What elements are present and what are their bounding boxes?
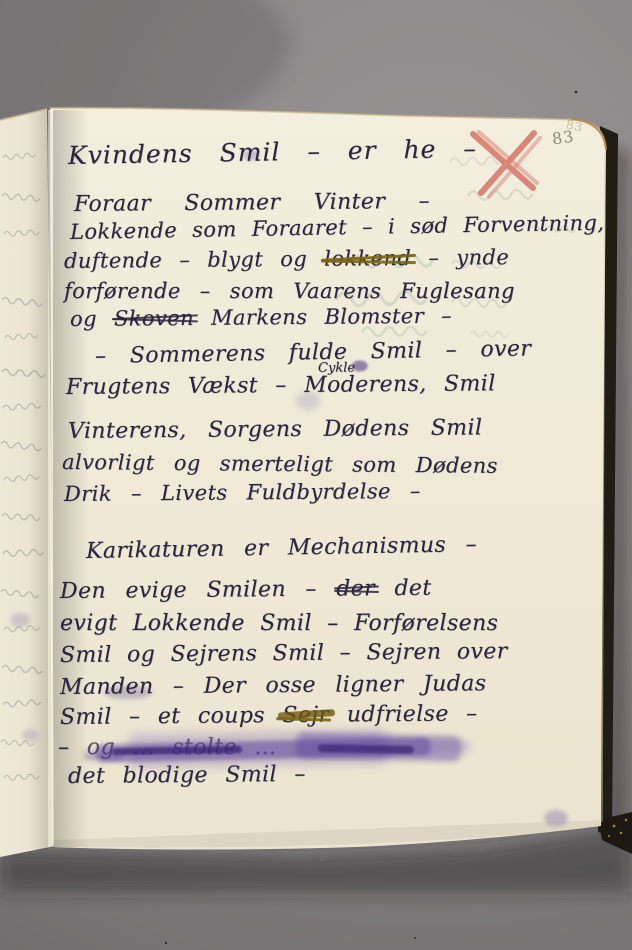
line-text: det bbox=[375, 576, 432, 601]
manuscript-line-19: det blodige Smil – bbox=[68, 764, 306, 788]
line-text: Drik – Livets Fuldbyrdelse – bbox=[64, 479, 421, 506]
manuscript-line-8: Frugtens Vækst – Moderens,Cykle Smil bbox=[66, 373, 496, 399]
purple-smear-tail bbox=[418, 740, 470, 753]
line-text: Smil bbox=[426, 371, 495, 397]
line-text: Foraar Sommer Vinter – bbox=[74, 189, 430, 217]
ink-smudge bbox=[544, 810, 568, 826]
line-text: Markens Blomster – bbox=[194, 304, 452, 330]
line-text: evigt Lokkende Smil – Forførelsens bbox=[60, 611, 498, 636]
line-text: alvorligt og smerteligt som Dødens bbox=[62, 450, 498, 478]
line-text: udfrielse – bbox=[329, 701, 477, 727]
line-text: duftende – blygt og bbox=[64, 247, 324, 273]
manuscript-line-14: evigt Lokkende Smil – Forførelsens bbox=[60, 613, 498, 635]
manuscript-line-16: Manden – Der osse ligner Judas bbox=[60, 673, 487, 699]
line-text: Smil – et coups bbox=[60, 703, 283, 730]
line-text: – ynde bbox=[411, 245, 509, 270]
manuscript-line-5: forførende – som Vaarens Fuglesang bbox=[64, 281, 515, 302]
notebook-photo: 83 83 Kvindens Smil – er he – Foraar Som… bbox=[0, 0, 632, 950]
struck-word: Sejr bbox=[282, 705, 329, 727]
manuscript-line-6: og Skoven Markens Blomster – bbox=[70, 306, 452, 330]
line-text: Smil og Sejrens Smil – Sejren over bbox=[60, 639, 508, 668]
struck-word: der bbox=[336, 578, 375, 600]
manuscript-line-4: duftende – blygt og lokkend – ynde bbox=[64, 247, 509, 272]
struck-word: lokkend bbox=[324, 248, 411, 270]
line-text: forførende – som Vaarens Fuglesang bbox=[64, 279, 515, 303]
manuscript-line-10: alvorligt og smerteligt som Dødens bbox=[62, 452, 498, 477]
page-number-pencil: 83 bbox=[551, 127, 576, 149]
insertion-above-line: Cykle bbox=[318, 361, 355, 374]
manuscript-line-17: Smil – et coups Sejr udfrielse – bbox=[60, 703, 478, 729]
inserted-word-anchor: Moderens,Cykle bbox=[304, 374, 427, 397]
line-text: og bbox=[70, 307, 114, 331]
sliver-smudge bbox=[22, 729, 38, 741]
line-text: Den evige Smilen – bbox=[60, 577, 336, 604]
line-text: Manden – Der osse ligner Judas bbox=[60, 671, 487, 700]
manuscript-line-2: Foraar Sommer Vinter – bbox=[74, 191, 430, 216]
manuscript-line-1: Kvindens Smil – er he – bbox=[68, 136, 477, 168]
manuscript-line-13: Den evige Smilen – der det bbox=[60, 578, 432, 603]
line-text: Vinterens, Sorgens Dødens Smil bbox=[68, 415, 483, 444]
line-text: Frugtens Vækst – bbox=[66, 373, 304, 400]
sliver-smudge bbox=[10, 613, 30, 627]
manuscript-line-9: Vinterens, Sorgens Dødens Smil bbox=[68, 417, 483, 443]
manuscript-line-15: Smil og Sejrens Smil – Sejren over bbox=[60, 641, 508, 667]
manuscript-line-11: Drik – Livets Fuldbyrdelse – bbox=[64, 481, 421, 505]
line-text: – bbox=[58, 735, 87, 760]
purple-smear-core bbox=[318, 744, 414, 754]
struck-word: Skoven bbox=[114, 308, 194, 330]
